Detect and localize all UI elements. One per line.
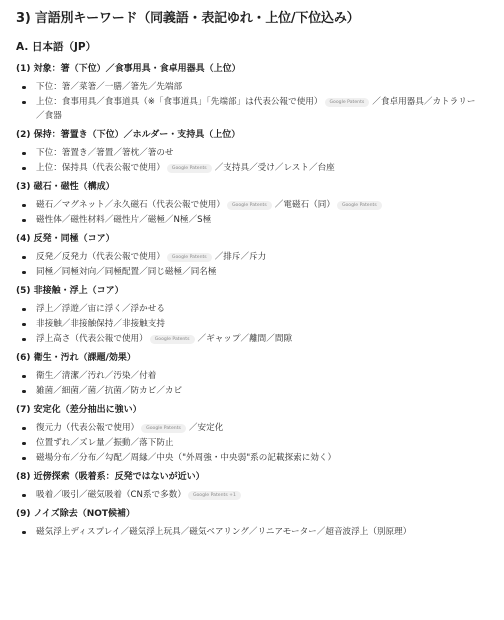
- keyword-list: 吸着／吸引／磁気吸着（CN系で多数）Google Patents +1: [16, 488, 488, 502]
- list-item: 磁気浮上ディスプレイ／磁気浮上玩具／磁気ベアリング／リニアモーター／超音波浮上（…: [16, 525, 488, 539]
- google-patents-citation-badge[interactable]: Google Patents: [337, 201, 382, 210]
- section-heading: (4) 反発・同極（コア）: [16, 233, 488, 246]
- section-target: (1) 対象：箸（下位）／食事用具・食卓用器具（上位） 下位：箸／菜箸／一膳／箸…: [16, 63, 488, 123]
- list-item: 非接触／非接触保持／非接触支持: [16, 317, 488, 331]
- list-item: 位置ずれ／ズレ量／振動／落下防止: [16, 436, 488, 450]
- subsection-title-jp: A. 日本語（JP）: [16, 40, 488, 54]
- list-item: 上位：保持具（代表公報で使用）Google Patents／支持具／受け／レスト…: [16, 161, 488, 175]
- list-item: 上位：食事用具／食事道具（※「食事道具」「先端部」は代表公報で使用）Google…: [16, 95, 488, 123]
- list-item: 下位：箸／菜箸／一膳／箸先／先端部: [16, 80, 488, 94]
- google-patents-citation-badge[interactable]: Google Patents: [167, 164, 212, 173]
- list-item: 磁性体／磁性材料／磁性片／磁極／N極／S極: [16, 213, 488, 227]
- section-levitation: (5) 非接触・浮上（コア） 浮上／浮遊／宙に浮く／浮かせる 非接触／非接触保持…: [16, 285, 488, 346]
- page-title: 3) 言語別キーワード（同義語・表記ゆれ・上位/下位込み）: [16, 10, 488, 28]
- keyword-list: 浮上／浮遊／宙に浮く／浮かせる 非接触／非接触保持／非接触支持 浮上高さ（代表公…: [16, 302, 488, 346]
- list-item: 吸着／吸引／磁気吸着（CN系で多数）Google Patents +1: [16, 488, 488, 502]
- google-patents-plus-one-badge[interactable]: Google Patents +1: [188, 491, 241, 500]
- google-patents-citation-badge[interactable]: Google Patents: [167, 253, 212, 262]
- list-item: 衛生／清潔／汚れ／汚染／付着: [16, 369, 488, 383]
- list-item: 同極／同極対向／同極配置／同じ磁極／同名極: [16, 265, 488, 279]
- keyword-list: 磁石／マグネット／永久磁石（代表公報で使用）Google Patents／電磁石…: [16, 198, 488, 227]
- list-item: 磁場分布／分布／勾配／周縁／中央（"外周強・中央弱"系の記載探索に効く）: [16, 451, 488, 465]
- list-item: 浮上高さ（代表公報で使用）Google Patents／ギャップ／離間／間隙: [16, 332, 488, 346]
- section-heading: (9) ノイズ除去（NOT候補）: [16, 508, 488, 521]
- section-heading: (6) 衛生・汚れ（課題/効果）: [16, 352, 488, 365]
- keyword-list: 復元力（代表公報で使用）Google Patents／安定化 位置ずれ／ズレ量／…: [16, 421, 488, 465]
- section-heading: (2) 保持：箸置き（下位）／ホルダー・支持具（上位）: [16, 129, 488, 142]
- section-stabilization: (7) 安定化（差分抽出に強い） 復元力（代表公報で使用）Google Pate…: [16, 404, 488, 465]
- section-holder: (2) 保持：箸置き（下位）／ホルダー・支持具（上位） 下位：箸置き／箸置／箸枕…: [16, 129, 488, 175]
- keyword-list: 反発／反発力（代表公報で使用）Google Patents／排斥／斥力 同極／同…: [16, 250, 488, 279]
- list-item: 下位：箸置き／箸置／箸枕／箸のせ: [16, 146, 488, 160]
- section-heading: (8) 近傍探索（吸着系：反発ではないが近い）: [16, 471, 488, 484]
- section-noise-removal: (9) ノイズ除去（NOT候補） 磁気浮上ディスプレイ／磁気浮上玩具／磁気ベアリ…: [16, 508, 488, 539]
- section-heading: (3) 磁石・磁性（構成）: [16, 181, 488, 194]
- section-hygiene: (6) 衛生・汚れ（課題/効果） 衛生／清潔／汚れ／汚染／付着 雑菌／細菌／菌／…: [16, 352, 488, 398]
- document-page: 3) 言語別キーワード（同義語・表記ゆれ・上位/下位込み） A. 日本語（JP）…: [0, 0, 504, 539]
- list-item: 反発／反発力（代表公報で使用）Google Patents／排斥／斥力: [16, 250, 488, 264]
- section-repulsion: (4) 反発・同極（コア） 反発／反発力（代表公報で使用）Google Pate…: [16, 233, 488, 279]
- google-patents-citation-badge[interactable]: Google Patents: [325, 98, 370, 107]
- google-patents-citation-badge[interactable]: Google Patents: [227, 201, 272, 210]
- list-item: 復元力（代表公報で使用）Google Patents／安定化: [16, 421, 488, 435]
- keyword-list: 磁気浮上ディスプレイ／磁気浮上玩具／磁気ベアリング／リニアモーター／超音波浮上（…: [16, 525, 488, 539]
- section-heading: (5) 非接触・浮上（コア）: [16, 285, 488, 298]
- keyword-list: 下位：箸置き／箸置／箸枕／箸のせ 上位：保持具（代表公報で使用）Google P…: [16, 146, 488, 175]
- section-magnet: (3) 磁石・磁性（構成） 磁石／マグネット／永久磁石（代表公報で使用）Goog…: [16, 181, 488, 227]
- google-patents-citation-badge[interactable]: Google Patents: [150, 335, 195, 344]
- list-item: 磁石／マグネット／永久磁石（代表公報で使用）Google Patents／電磁石…: [16, 198, 488, 212]
- section-heading: (1) 対象：箸（下位）／食事用具・食卓用器具（上位）: [16, 63, 488, 76]
- section-proximity-search: (8) 近傍探索（吸着系：反発ではないが近い） 吸着／吸引／磁気吸着（CN系で多…: [16, 471, 488, 502]
- keyword-list: 下位：箸／菜箸／一膳／箸先／先端部 上位：食事用具／食事道具（※「食事道具」「先…: [16, 80, 488, 123]
- list-item: 雑菌／細菌／菌／抗菌／防カビ／カビ: [16, 384, 488, 398]
- list-item: 浮上／浮遊／宙に浮く／浮かせる: [16, 302, 488, 316]
- section-heading: (7) 安定化（差分抽出に強い）: [16, 404, 488, 417]
- keyword-list: 衛生／清潔／汚れ／汚染／付着 雑菌／細菌／菌／抗菌／防カビ／カビ: [16, 369, 488, 398]
- google-patents-citation-badge[interactable]: Google Patents: [141, 424, 186, 433]
